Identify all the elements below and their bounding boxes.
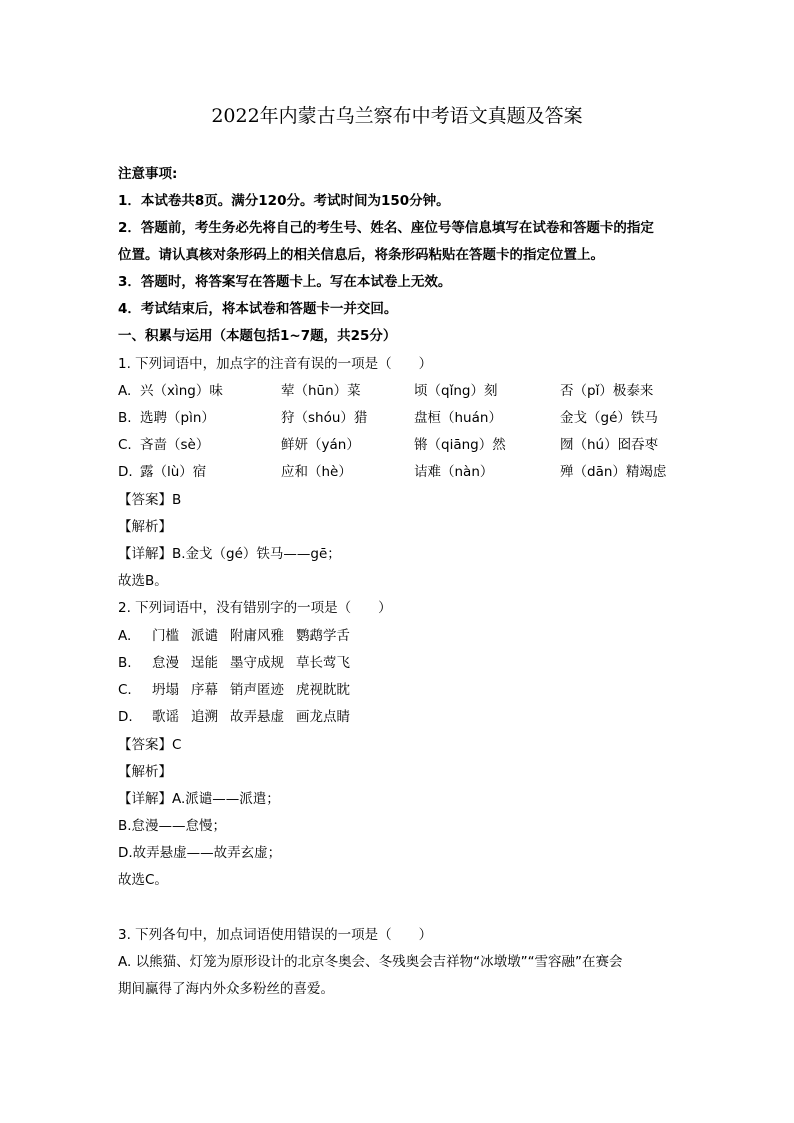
option-item: 吝啬（sè） — [140, 437, 209, 453]
q2-option-b: B.怠漫逞能墨守成规草长莺飞 — [118, 654, 362, 672]
option-item: 销声匿迹 — [230, 681, 284, 699]
notice-item-3: 3．答题时，将答案写在答题卡上。写在本试卷上无效。 — [118, 273, 451, 291]
option-item: 锵（qiāng）然 — [414, 436, 506, 454]
option-item: 歌谣 — [152, 708, 179, 726]
option-item: 顷（qǐng）刻 — [414, 382, 497, 400]
option-letter: B. — [118, 409, 140, 427]
document-page: 2022年内蒙古乌兰察布中考语文真题及答案 注意事项: 1．本试卷共8页。满分1… — [0, 0, 794, 1123]
option-letter: B. — [118, 654, 140, 672]
option-item: 荤（hūn）菜 — [281, 382, 361, 400]
option-item: 鹦鹉学舌 — [296, 627, 350, 645]
q1-conclusion: 故选B。 — [118, 572, 168, 590]
q1-detail: 【详解】B.金戈（gé）铁马——gē； — [118, 545, 341, 563]
option-item: 画龙点睛 — [296, 708, 350, 726]
q1-stem: 1. 下列词语中，加点字的注音有误的一项是（ ） — [118, 355, 432, 373]
q2-option-a: A.门槛派谴附庸风雅鹦鹉学舌 — [118, 627, 362, 645]
option-item: 附庸风雅 — [230, 627, 284, 645]
option-item: 故弄悬虚 — [230, 708, 284, 726]
notice-item-2-cont: 位置。请认真核对条形码上的相关信息后，将条形码粘贴在答题卡的指定位置上。 — [118, 246, 604, 264]
option-item: 盘桓（huán） — [414, 409, 502, 427]
q2-detail-d: D.故弄悬虚——故弄玄虚； — [118, 844, 281, 862]
q2-option-d: D.歌谣追溯故弄悬虚画龙点睛 — [118, 708, 362, 726]
q3-option-a-line2: 期间赢得了海内外众多粉丝的喜爱。 — [118, 980, 334, 998]
option-letter: A. — [118, 627, 140, 645]
option-letter: C. — [118, 681, 140, 699]
option-item: 殚（dān）精竭虑 — [560, 463, 666, 481]
option-letter: C. — [118, 436, 140, 454]
q1-answer: 【答案】B — [118, 491, 181, 509]
option-item: 露（lù）宿 — [140, 464, 206, 480]
q3-option-a-line1: A. 以熊猫、灯笼为原形设计的北京冬奥会、冬残奥会吉祥物“冰墩墩”“雪容融”在赛… — [118, 953, 623, 971]
option-item: 鲜妍（yán） — [281, 436, 360, 454]
q2-answer: 【答案】C — [118, 736, 181, 754]
q2-detail-a: 【详解】A.派谴——派遣； — [118, 790, 280, 808]
option-letter: D. — [118, 463, 140, 481]
q2-conclusion: 故选C。 — [118, 871, 168, 889]
notice-item-4: 4．考试结束后，将本试卷和答题卡一并交回。 — [118, 300, 397, 318]
option-letter: D. — [118, 708, 140, 726]
option-item: 否（pǐ）极泰来 — [560, 382, 653, 400]
q2-stem: 2. 下列词语中，没有错别字的一项是（ ） — [118, 599, 392, 617]
q2-option-c: C.坍塌序幕销声匿迹虎视眈眈 — [118, 681, 362, 699]
option-item: 应和（hè） — [281, 463, 352, 481]
option-item: 虎视眈眈 — [296, 681, 350, 699]
option-item: 选聘（pìn） — [140, 410, 215, 426]
option-item: 坍塌 — [152, 681, 179, 699]
section-heading: 一、积累与运用（本题包括1~7题，共25分） — [118, 327, 396, 345]
option-item: 门槛 — [152, 627, 179, 645]
q2-detail-b: B.怠漫——怠慢； — [118, 817, 226, 835]
option-item: 怠漫 — [152, 654, 179, 672]
notice-heading: 注意事项: — [118, 165, 177, 183]
option-item: 狩（shóu）猎 — [281, 409, 367, 427]
option-item: 兴（xìng）味 — [140, 383, 223, 399]
option-item: 序幕 — [191, 681, 218, 699]
option-item: 墨守成规 — [230, 654, 284, 672]
q3-stem: 3. 下列各句中，加点词语使用错误的一项是（ ） — [118, 926, 432, 944]
q2-analysis: 【解析】 — [118, 763, 172, 781]
option-item: 追溯 — [191, 708, 218, 726]
notice-item-1: 1．本试卷共8页。满分120分。考试时间为150分钟。 — [118, 192, 450, 210]
option-item: 金戈（gé）铁马 — [560, 409, 658, 427]
q1-analysis: 【解析】 — [118, 518, 172, 536]
option-letter: A. — [118, 382, 140, 400]
notice-item-2: 2．答题前，考生务必先将自己的考生号、姓名、座位号等信息填写在试卷和答题卡的指定 — [118, 219, 654, 237]
option-item: 逞能 — [191, 654, 218, 672]
option-item: 囫（hú）囵吞枣 — [560, 436, 658, 454]
option-item: 草长莺飞 — [296, 654, 350, 672]
document-title: 2022年内蒙古乌兰察布中考语文真题及答案 — [0, 101, 794, 128]
option-item: 派谴 — [191, 627, 218, 645]
option-item: 诘难（nàn） — [414, 463, 493, 481]
